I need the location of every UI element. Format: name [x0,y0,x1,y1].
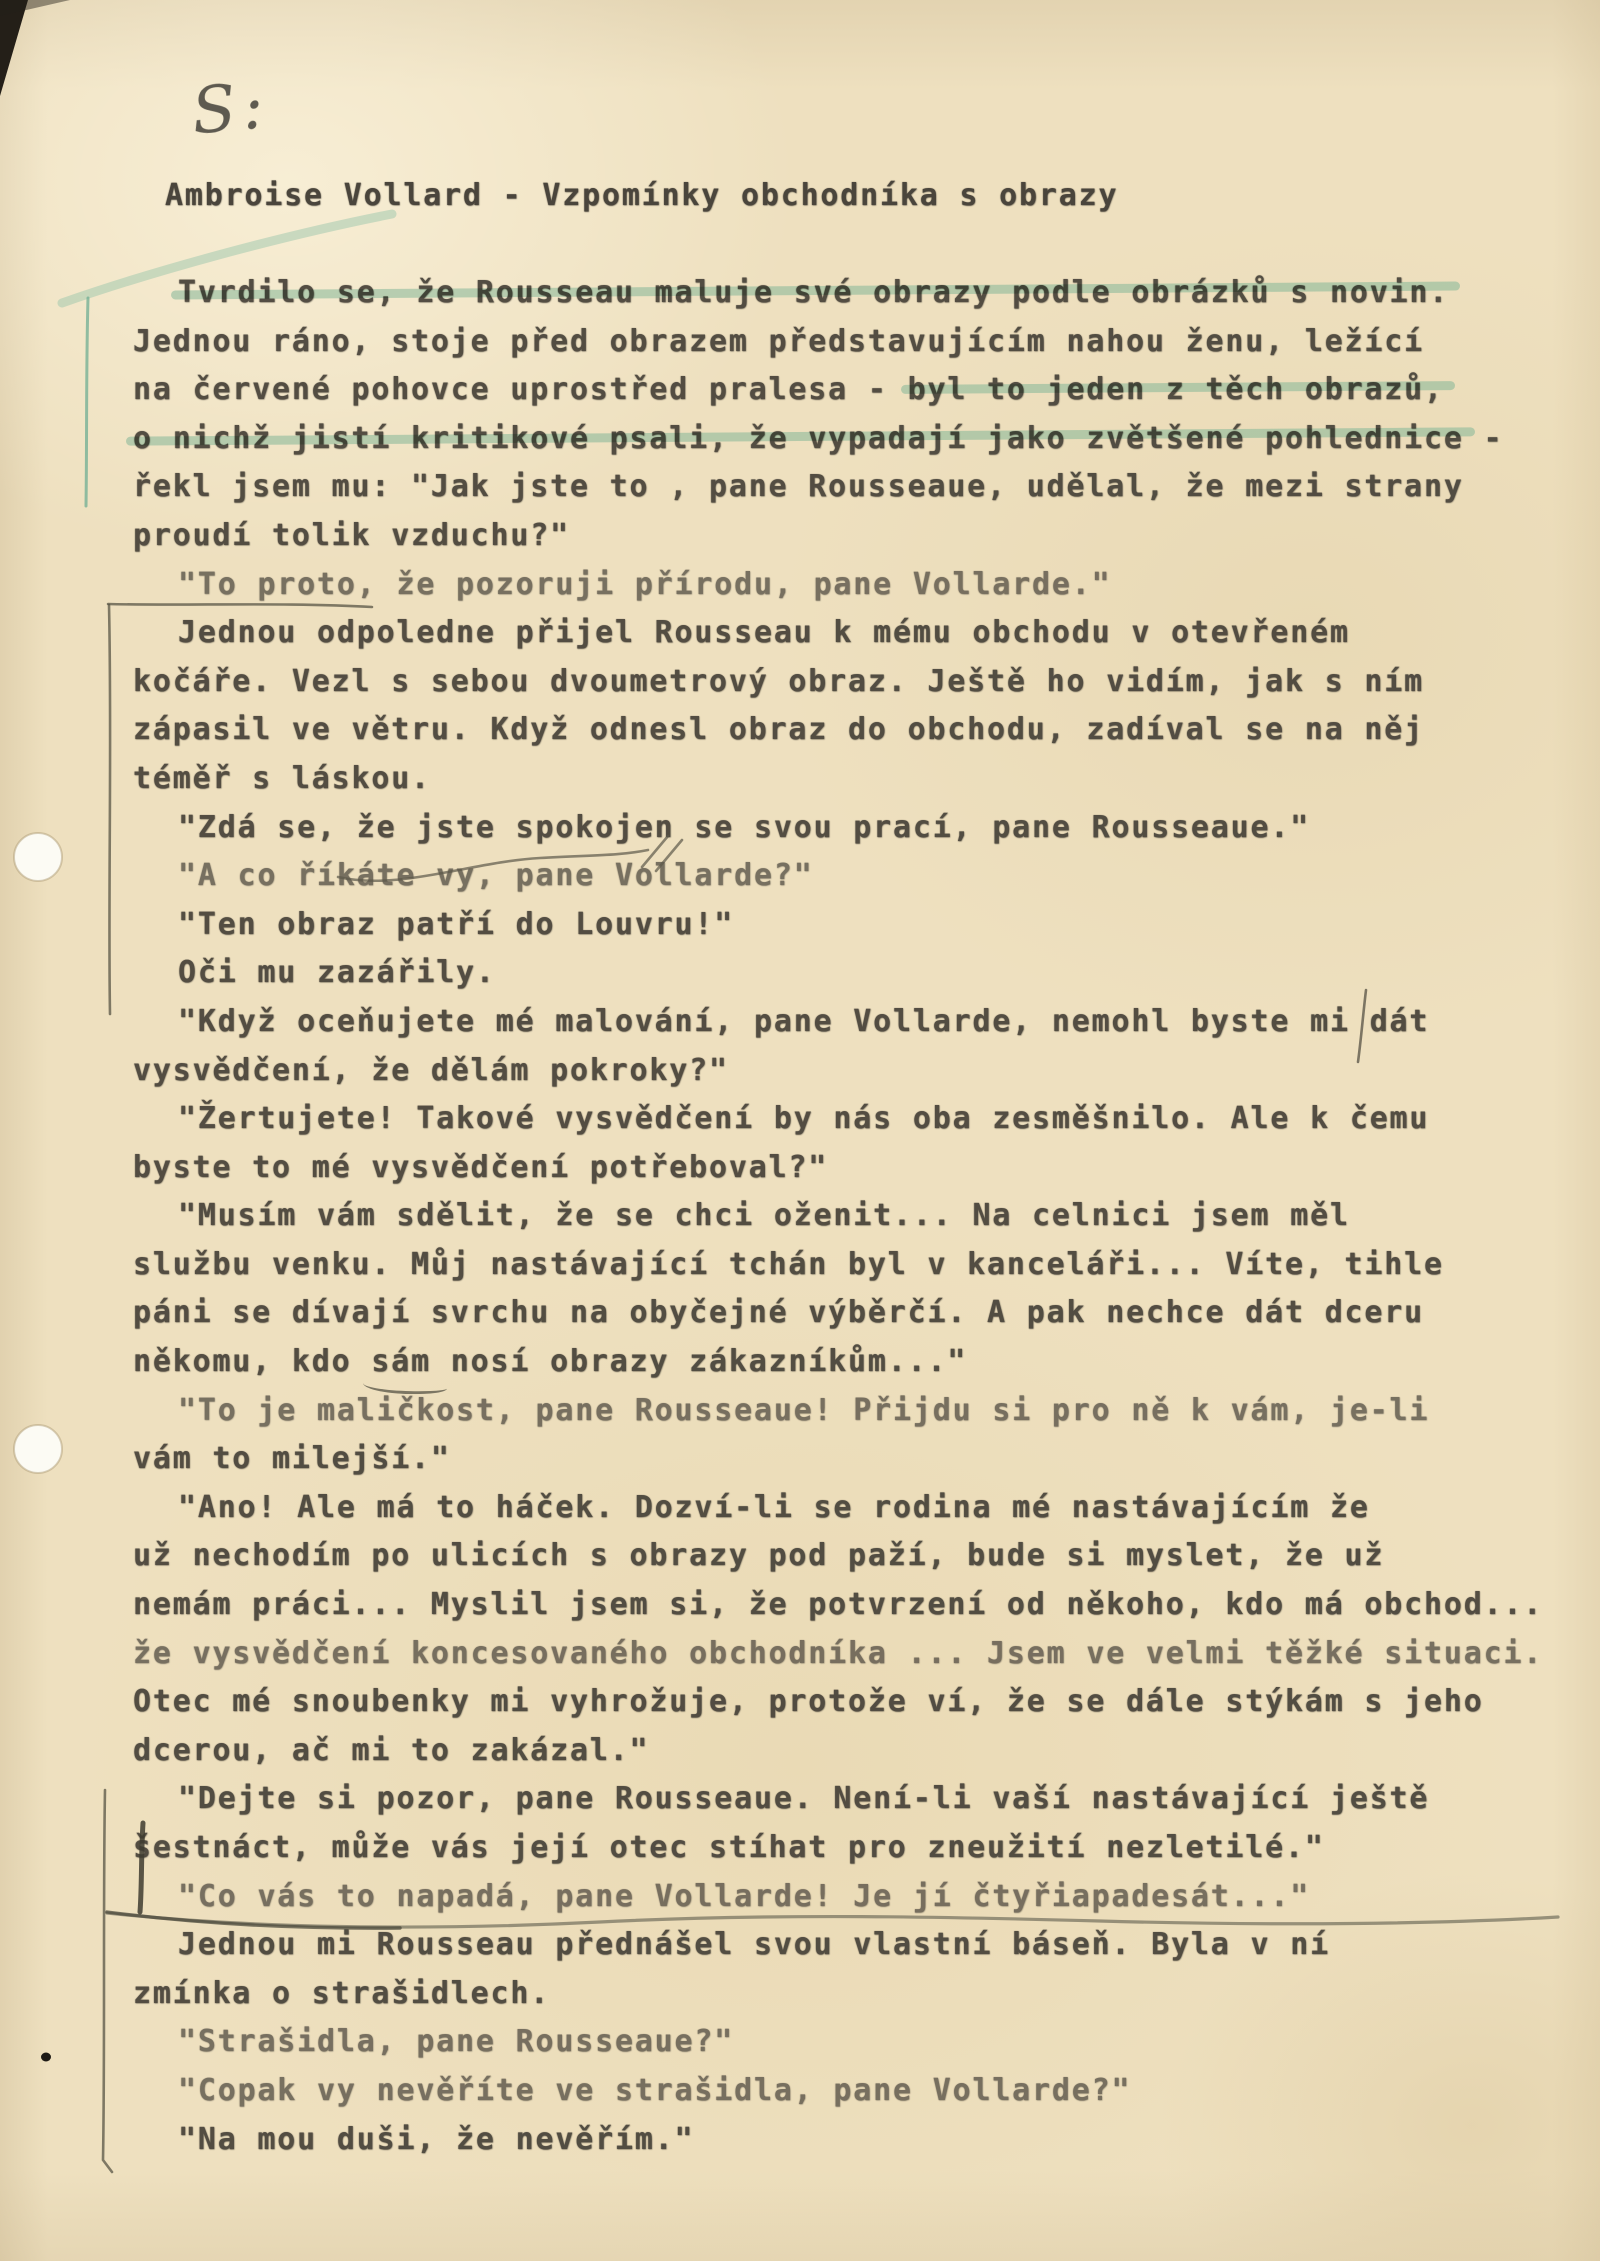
typescript-body: Tvrdilo se, že Rousseau maluje své obraz… [133,269,1543,2164]
text-line: "Ano! Ale má to háček. Dozví-li se rodin… [133,1484,1543,1533]
text-line: řekl jsem mu: "Jak jste to , pane Rousse… [133,463,1543,512]
text-segment: Jednou mi Rousseau přednášel svou vlastn… [178,1927,1330,1962]
text-segment: nemám práci... Myslil jsem si, že potvrz… [133,1587,1543,1622]
text-segment: "Strašidla, pane Rousseaue?" [178,2024,734,2059]
text-segment: "To je maličkost, pane Rousseaue! Přijdu… [178,1393,1429,1428]
text-segment: nosí obrazy zákazníkům..." [431,1344,967,1379]
text-segment: vám to milejší." [133,1441,451,1476]
text-line: "Žertujete! Takové vysvědčení by nás oba… [133,1095,1543,1144]
text-line: páni se dívají svrchu na obyčejné výběrč… [133,1289,1543,1338]
text-segment: na červené pohovce uprostřed pralesa - [133,372,908,407]
text-line: "Musím vám sdělit, že se chci oženit... … [133,1192,1543,1241]
green-strikethrough-text: Tvrdilo se, že Rousseau maluje své obraz… [178,269,1449,318]
text-line: proudí tolik vzduchu?" [133,512,1543,561]
text-line: vysvědčení, že dělám pokroky?" [133,1047,1543,1096]
text-line: že vysvědčení koncesovaného obchodníka .… [133,1630,1543,1679]
text-line: Oči mu zazářily. [133,949,1543,998]
pencil-vertical-line [103,1790,112,2172]
text-line: šestnáct, může vás její otec stíhat pro … [133,1824,1543,1873]
text-line: "Když oceňujete mé malování, pane Vollar… [133,998,1543,1047]
typescript-page: S: Ambroise Vollard - Vzpomínky obchodní… [0,0,1600,2261]
text-segment: šestnáct, může vás její otec stíhat pro … [133,1830,1325,1865]
text-segment: - [1464,421,1504,456]
text-segment: "Na mou duši, že nevěřím." [178,2122,694,2157]
text-line: "To je maličkost, pane Rousseaue! Přijdu… [133,1387,1543,1436]
page-corner-shadow [0,0,28,96]
text-segment: "Copak vy nevěříte ve strašidla, pane Vo… [178,2073,1131,2108]
text-line: "Co vás to napadá, pane Vollarde! Je jí … [133,1873,1543,1922]
text-line: Tvrdilo se, že Rousseau maluje své obraz… [133,269,1543,318]
text-segment: službu venku. Můj nastávající tchán byl … [133,1247,1444,1282]
text-segment: "To proto, že pozoruji přírodu, pane Vol… [178,567,1112,602]
text-line: "A co říkáte vy, pane Vollarde?" [133,852,1543,901]
text-line: někomu, kdo sám nosí obrazy zákazníkům..… [133,1338,1543,1387]
text-segment: Jednou ráno, stoje před obrazem představ… [133,324,1424,359]
text-line: "Strašidla, pane Rousseaue?" [133,2018,1543,2067]
text-line: vám to milejší." [133,1435,1543,1484]
page-title: Ambroise Vollard - Vzpomínky obchodníka … [165,172,1118,220]
text-segment: už nechodím po ulicích s obrazy pod paží… [133,1538,1384,1573]
text-line: dcerou, ač mi to zakázal." [133,1727,1543,1776]
text-segment: Jednou odpoledne přijel Rousseau k mému … [178,615,1350,650]
pencil-underlined-text: sám [371,1338,431,1387]
text-line: byste to mé vysvědčení potřeboval?" [133,1144,1543,1193]
text-segment: zápasil ve větru. Když odnesl obraz do o… [133,712,1424,747]
text-line: kočáře. Vezl s sebou dvoumetrový obraz. … [133,658,1543,707]
text-segment: proudí tolik vzduchu?" [133,518,570,553]
pencil-bracket-vertical [109,605,110,1014]
text-segment: že vysvědčení koncesovaného obchodníka .… [133,1636,1543,1671]
text-segment: někomu, kdo [133,1344,371,1379]
text-line: zmínka o strašidlech. [133,1970,1543,2019]
text-line: téměř s láskou. [133,755,1543,804]
text-line: "Na mou duši, že nevěřím." [133,2116,1543,2165]
text-line: nemám práci... Myslil jsem si, že potvrz… [133,1581,1543,1630]
text-segment: Oči mu zazářily. [178,955,496,990]
text-segment: Otec mé snoubenky mi vyhrožuje, protože … [133,1684,1484,1719]
text-line: "Copak vy nevěříte ve strašidla, pane Vo… [133,2067,1543,2116]
green-strikethrough-text: o nichž jistí kritikové psali, že vypada… [133,415,1464,464]
text-line: "Ten obraz patří do Louvru!" [133,901,1543,950]
text-segment: zmínka o strašidlech. [133,1976,550,2011]
text-line: o nichž jistí kritikové psali, že vypada… [133,415,1543,464]
text-line: Jednou ráno, stoje před obrazem představ… [133,318,1543,367]
ink-dot [41,2053,51,2062]
punch-hole-bottom [14,1425,62,1473]
text-line: na červené pohovce uprostřed pralesa - b… [133,366,1543,415]
text-segment: "Co vás to napadá, pane Vollarde! Je jí … [178,1879,1310,1914]
text-segment: řekl jsem mu: "Jak jste to , pane Rousse… [133,469,1464,504]
punch-holes [14,833,62,1473]
text-segment: "Když oceňujete mé malování, pane Vollar… [178,1004,1429,1039]
text-segment: "Dejte si pozor, pane Rousseaue. Není-li… [178,1781,1429,1816]
handwritten-s-annotation: S: [189,69,273,149]
text-segment: dcerou, ač mi to zakázal." [133,1733,649,1768]
text-segment: kočáře. Vezl s sebou dvoumetrový obraz. … [133,664,1424,699]
text-line: Jednou mi Rousseau přednášel svou vlastn… [133,1921,1543,1970]
text-line: už nechodím po ulicích s obrazy pod paží… [133,1532,1543,1581]
text-segment: vysvědčení, že dělám pokroky?" [133,1053,729,1088]
text-line: "Zdá se, že jste spokojen se svou prací,… [133,804,1543,853]
green-strikethrough-text: byl to jeden z těch obrazů, [908,366,1444,415]
text-segment: "A co říkáte vy, pane Vollarde?" [178,858,814,893]
text-segment: téměř s láskou. [133,761,431,796]
text-line: "Dejte si pozor, pane Rousseaue. Není-li… [133,1775,1543,1824]
text-line: "To proto, že pozoruji přírodu, pane Vol… [133,561,1543,610]
text-segment: "Ten obraz patří do Louvru!" [178,907,734,942]
punch-hole-top [14,833,62,881]
text-segment: páni se dívají svrchu na obyčejné výběrč… [133,1295,1424,1330]
text-segment: "Musím vám sdělit, že se chci oženit... … [178,1198,1350,1233]
text-segment: "Zdá se, že jste spokojen se svou prací,… [178,810,1310,845]
green-vertical-margin-line [86,298,88,506]
text-segment: byste to mé vysvědčení potřeboval?" [133,1150,828,1185]
text-line: službu venku. Můj nastávající tchán byl … [133,1241,1543,1290]
text-line: zápasil ve větru. Když odnesl obraz do o… [133,706,1543,755]
text-segment: "Ano! Ale má to háček. Dozví-li se rodin… [178,1490,1370,1525]
text-line: Otec mé snoubenky mi vyhrožuje, protože … [133,1678,1543,1727]
text-line: Jednou odpoledne přijel Rousseau k mému … [133,609,1543,658]
page-edge-shadow [0,0,70,16]
text-segment: "Žertujete! Takové vysvědčení by nás oba… [178,1101,1429,1136]
